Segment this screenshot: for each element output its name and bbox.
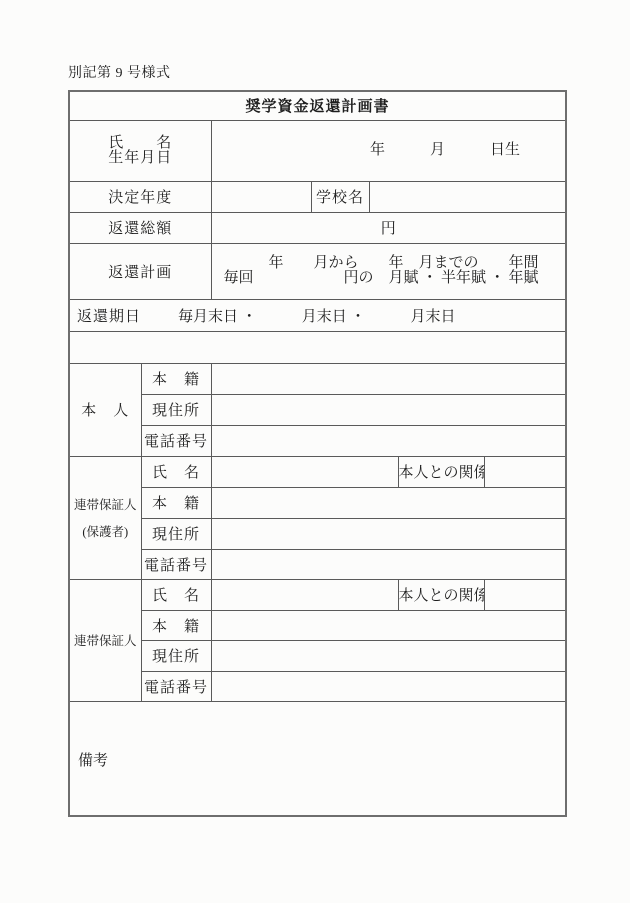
guarantor1-group-label-line2: (保護者) [70, 522, 141, 540]
guarantor1-phone-value-cell [211, 549, 566, 579]
plan-installment-line: 毎回 円の 月賦 ・ 半年賦 ・ 年賦 [212, 271, 566, 286]
guarantor2-name-label: 氏 名 [141, 579, 211, 610]
total-amount-value-cell: 円 [211, 212, 566, 243]
school-name-label: 学校名 [311, 181, 369, 212]
guarantor1-name-label: 氏 名 [141, 456, 211, 487]
person-phone-value-cell [211, 425, 566, 456]
due-date-row: 返還期日毎月末日 ・ 月末日 ・ 月末日 [69, 299, 566, 331]
person-domicile-label: 本 籍 [141, 363, 211, 394]
guarantor2-address-value-cell [211, 640, 566, 671]
guarantor2-phone-value-cell [211, 671, 566, 701]
dob-label: 生年月日 [70, 151, 211, 166]
guarantor2-phone-label: 電話番号 [141, 671, 211, 701]
guarantor2-name-value-cell [211, 579, 398, 610]
guarantor2-address-label: 現住所 [141, 640, 211, 671]
school-name-value-cell [369, 181, 566, 212]
due-date-label: 返還期日 [77, 309, 141, 325]
decision-year-value-cell [211, 181, 311, 212]
guarantor2-domicile-label: 本 籍 [141, 610, 211, 640]
guarantor1-group-label: 連帯保証人 (保護者) [69, 456, 141, 579]
guarantor2-group-label: 連帯保証人 [69, 579, 141, 701]
guarantor1-domicile-value-cell [211, 487, 566, 518]
remarks-cell: 備考 [69, 701, 566, 816]
form-title: 奨学資金返還計画書 [69, 91, 566, 120]
guarantor2-domicile-value-cell [211, 610, 566, 640]
plan-period-line: 年 月から 年 月までの 年間 [212, 256, 566, 271]
person-group-label: 本 人 [69, 363, 141, 456]
guarantor1-group-label-line1: 連帯保証人 [70, 495, 141, 513]
person-address-label: 現住所 [141, 394, 211, 425]
remarks-label: 備考 [70, 746, 565, 770]
guarantor2-relation-label: 本人との関係 [398, 579, 484, 610]
person-domicile-value-cell [211, 363, 566, 394]
total-amount-label: 返還総額 [69, 212, 211, 243]
guarantor2-relation-value-cell [484, 579, 566, 610]
guarantor1-relation-label: 本人との関係 [398, 456, 484, 487]
name-dob-value-cell: 年 月 日生 [211, 120, 566, 181]
person-address-value-cell [211, 394, 566, 425]
person-phone-label: 電話番号 [141, 425, 211, 456]
guarantor1-phone-label: 電話番号 [141, 549, 211, 579]
decision-year-label: 決定年度 [69, 181, 211, 212]
empty-row [69, 331, 566, 363]
name-dob-label-cell: 氏 名 生年月日 [69, 120, 211, 181]
guarantor2-group-label-line1: 連帯保証人 [70, 631, 141, 649]
repayment-plan-value-cell: 年 月から 年 月までの 年間 毎回 円の 月賦 ・ 半年賦 ・ 年賦 [211, 243, 566, 299]
due-date-options: 毎月末日 ・ 月末日 ・ 月末日 [178, 309, 456, 325]
guarantor1-name-value-cell [211, 456, 398, 487]
guarantor1-relation-value-cell [484, 456, 566, 487]
repayment-plan-label: 返還計画 [69, 243, 211, 299]
guarantor1-address-value-cell [211, 518, 566, 549]
repayment-plan-form-table: 奨学資金返還計画書 氏 名 生年月日 年 月 日生 決定年度 学校名 返還総額 … [68, 90, 567, 817]
guarantor1-domicile-label: 本 籍 [141, 487, 211, 518]
form-number-note: 別記第 9 号様式 [68, 62, 171, 82]
name-label: 氏 名 [70, 136, 211, 151]
guarantor1-address-label: 現住所 [141, 518, 211, 549]
dob-value-placeholder: 年 月 日生 [212, 143, 566, 158]
